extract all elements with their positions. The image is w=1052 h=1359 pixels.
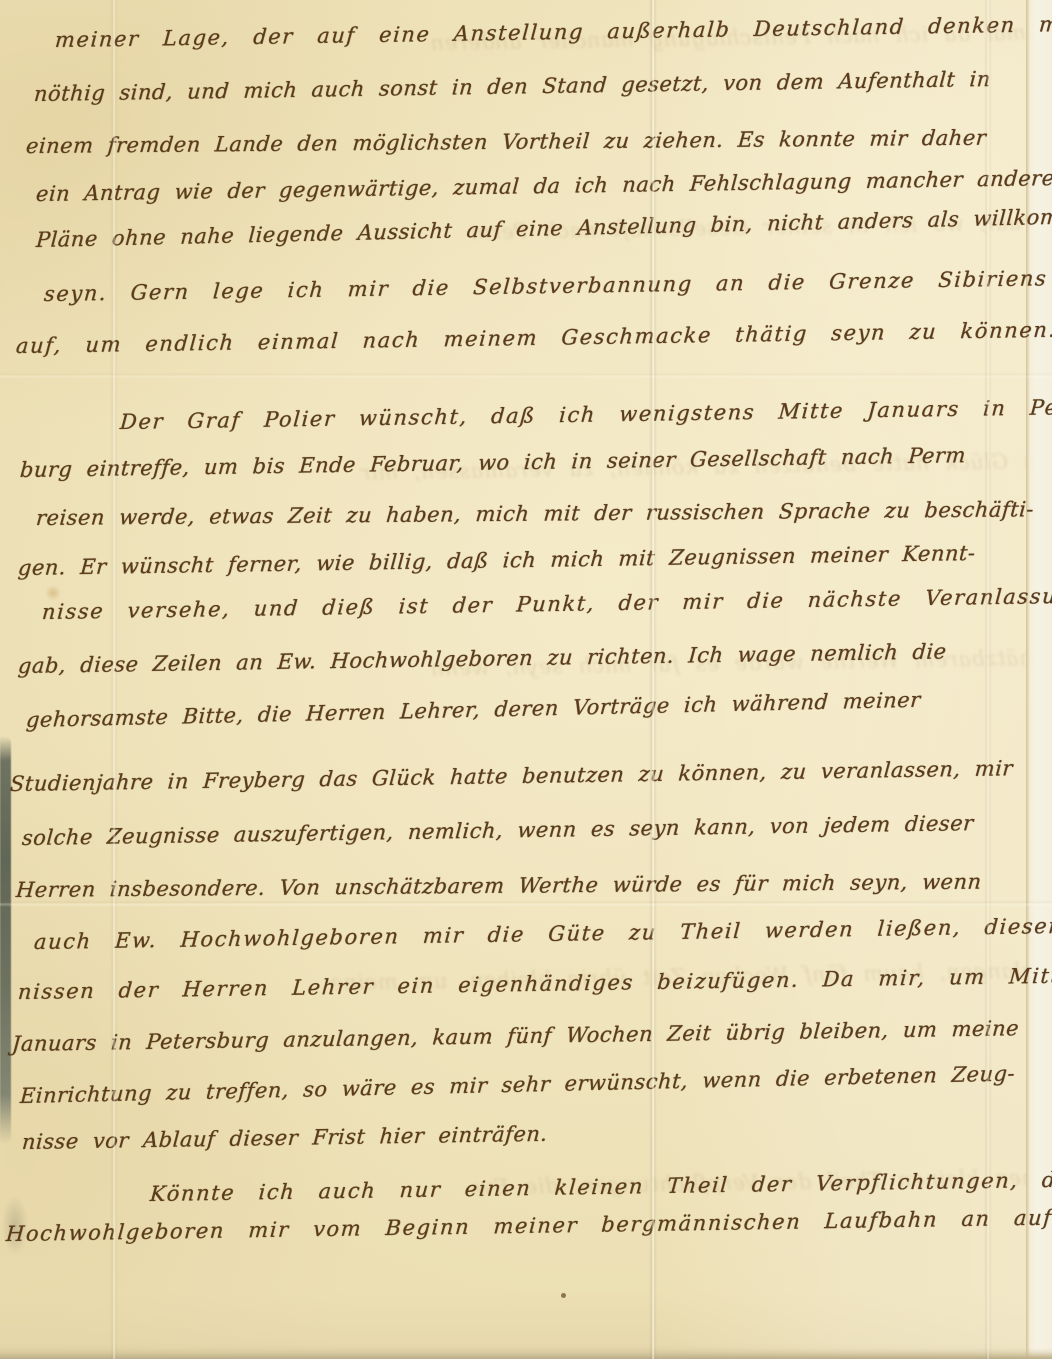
handwritten-line: einem fremden Lande den möglichsten Vort… <box>25 128 987 157</box>
handwritten-line paragraph-start: Der Graf Polier wünscht, daß ich wenigst… <box>119 396 1052 433</box>
handwritten-line paragraph-start: Könnte ich auch nur einen kleinen Theil … <box>149 1168 1052 1205</box>
handwritten-line: Einrichtung zu treffen, so wäre es mir s… <box>19 1063 1015 1107</box>
handwritten-line: gehorsamste Bitte, die Herren Lehrer, de… <box>25 690 921 731</box>
handwritten-line: Januars in Petersburg anzulangen, kaum f… <box>11 1018 1020 1055</box>
handwritten-line: nisse vor Ablauf dieser Frist hier eintr… <box>21 1124 548 1153</box>
handwritten-line: gen. Er wünscht ferner, wie billig, daß … <box>17 543 976 579</box>
handwritten-line: gab, diese Zeilen an Ew. Hochwohlgeboren… <box>17 641 947 677</box>
handwritten-line: nisse versehe, und dieß ist der Punkt, d… <box>41 586 1052 623</box>
handwritten-line: nöthig sind, und mich auch sonst in den … <box>33 69 991 105</box>
handwriting-layer: meiner Lage, der auf eine Anstellung auß… <box>0 0 1052 1359</box>
handwritten-line: burg eintreffe, um bis Ende Februar, wo … <box>19 445 966 481</box>
handwritten-line: seyn. Gern lege ich mir die Selbstverban… <box>43 268 1048 305</box>
handwritten-line: auf, um endlich einmal nach meinem Gesch… <box>15 320 1052 357</box>
handwritten-line: Studienjahre in Freyberg das Glück hatte… <box>9 758 1013 795</box>
letter-scan-page: ein Antrag wie der gegenwärtige, zumal d… <box>0 0 1052 1359</box>
handwritten-line: nissen der Herren Lehrer ein eigenhändig… <box>17 965 1052 1003</box>
handwritten-line: meiner Lage, der auf eine Anstellung auß… <box>54 14 1052 51</box>
handwritten-line: Pläne ohne nahe liegende Aussicht auf ei… <box>35 206 1052 251</box>
handwritten-line: auch Ew. Hochwohlgeboren mir die Güte zu… <box>33 914 1052 953</box>
handwritten-line: ein Antrag wie der gegenwärtige, zumal d… <box>35 168 1052 205</box>
handwritten-line: reisen werde, etwas Zeit zu haben, mich … <box>35 499 1035 529</box>
handwritten-line: Herren insbesondere. Von unschätzbarem W… <box>15 872 982 901</box>
handwritten-line: Hochwohlgeboren mir vom Beginn meiner be… <box>5 1206 1052 1245</box>
handwritten-line: solche Zeugnisse auszufertigen, nemlich,… <box>21 813 974 849</box>
